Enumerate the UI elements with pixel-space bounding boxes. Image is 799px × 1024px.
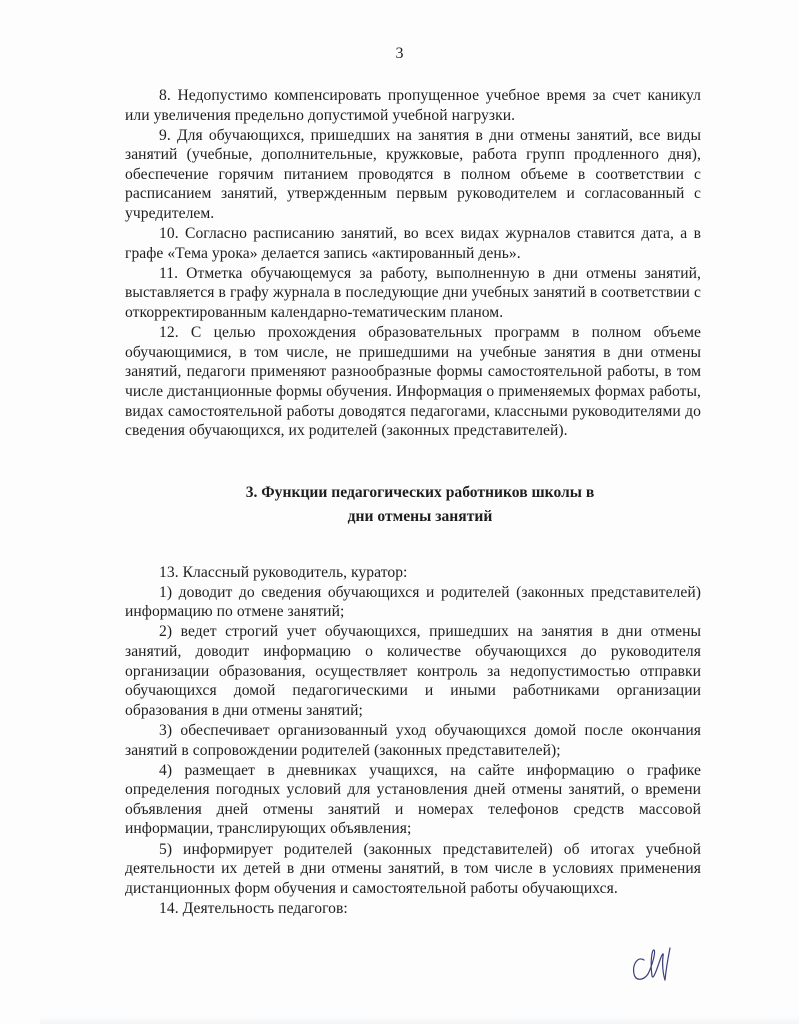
handwritten-signature-icon xyxy=(630,942,690,986)
list-item-4: 4) размещает в дневниках учащихся, на са… xyxy=(125,761,701,839)
paragraph-9: 9. Для обучающихся, пришедших на занятия… xyxy=(125,126,701,224)
section-heading-line-1: 3. Функции педагогических работников шко… xyxy=(139,481,701,505)
document-page: 3 8. Недопустимо компенсировать пропущен… xyxy=(0,0,799,1024)
section-spacer xyxy=(125,529,701,563)
section-heading-line-2: дни отмены занятий xyxy=(139,505,701,529)
paragraph-14: 14. Деятельность педагогов: xyxy=(125,899,701,919)
paragraph-13: 13. Классный руководитель, куратор: xyxy=(125,563,701,583)
paragraph-11: 11. Отметка обучающемуся за работу, выпо… xyxy=(125,264,701,323)
document-body: 8. Недопустимо компенсировать пропущенно… xyxy=(125,86,701,918)
list-item-3: 3) обеспечивает организованный уход обуч… xyxy=(125,721,701,760)
list-item-1: 1) доводит до сведения обучающихся и род… xyxy=(125,583,701,622)
paragraph-10: 10. Согласно расписанию занятий, во всех… xyxy=(125,224,701,263)
scan-edge xyxy=(40,1014,799,1024)
section-heading: 3. Функции педагогических работников шко… xyxy=(125,481,701,529)
page-number: 3 xyxy=(0,44,799,64)
list-item-5: 5) информирует родителей (законных предс… xyxy=(125,840,701,899)
paragraph-12: 12. С целью прохождения образовательных … xyxy=(125,323,701,441)
list-item-2: 2) ведет строгий учет обучающихся, прише… xyxy=(125,622,701,720)
paragraph-8: 8. Недопустимо компенсировать пропущенно… xyxy=(125,86,701,125)
